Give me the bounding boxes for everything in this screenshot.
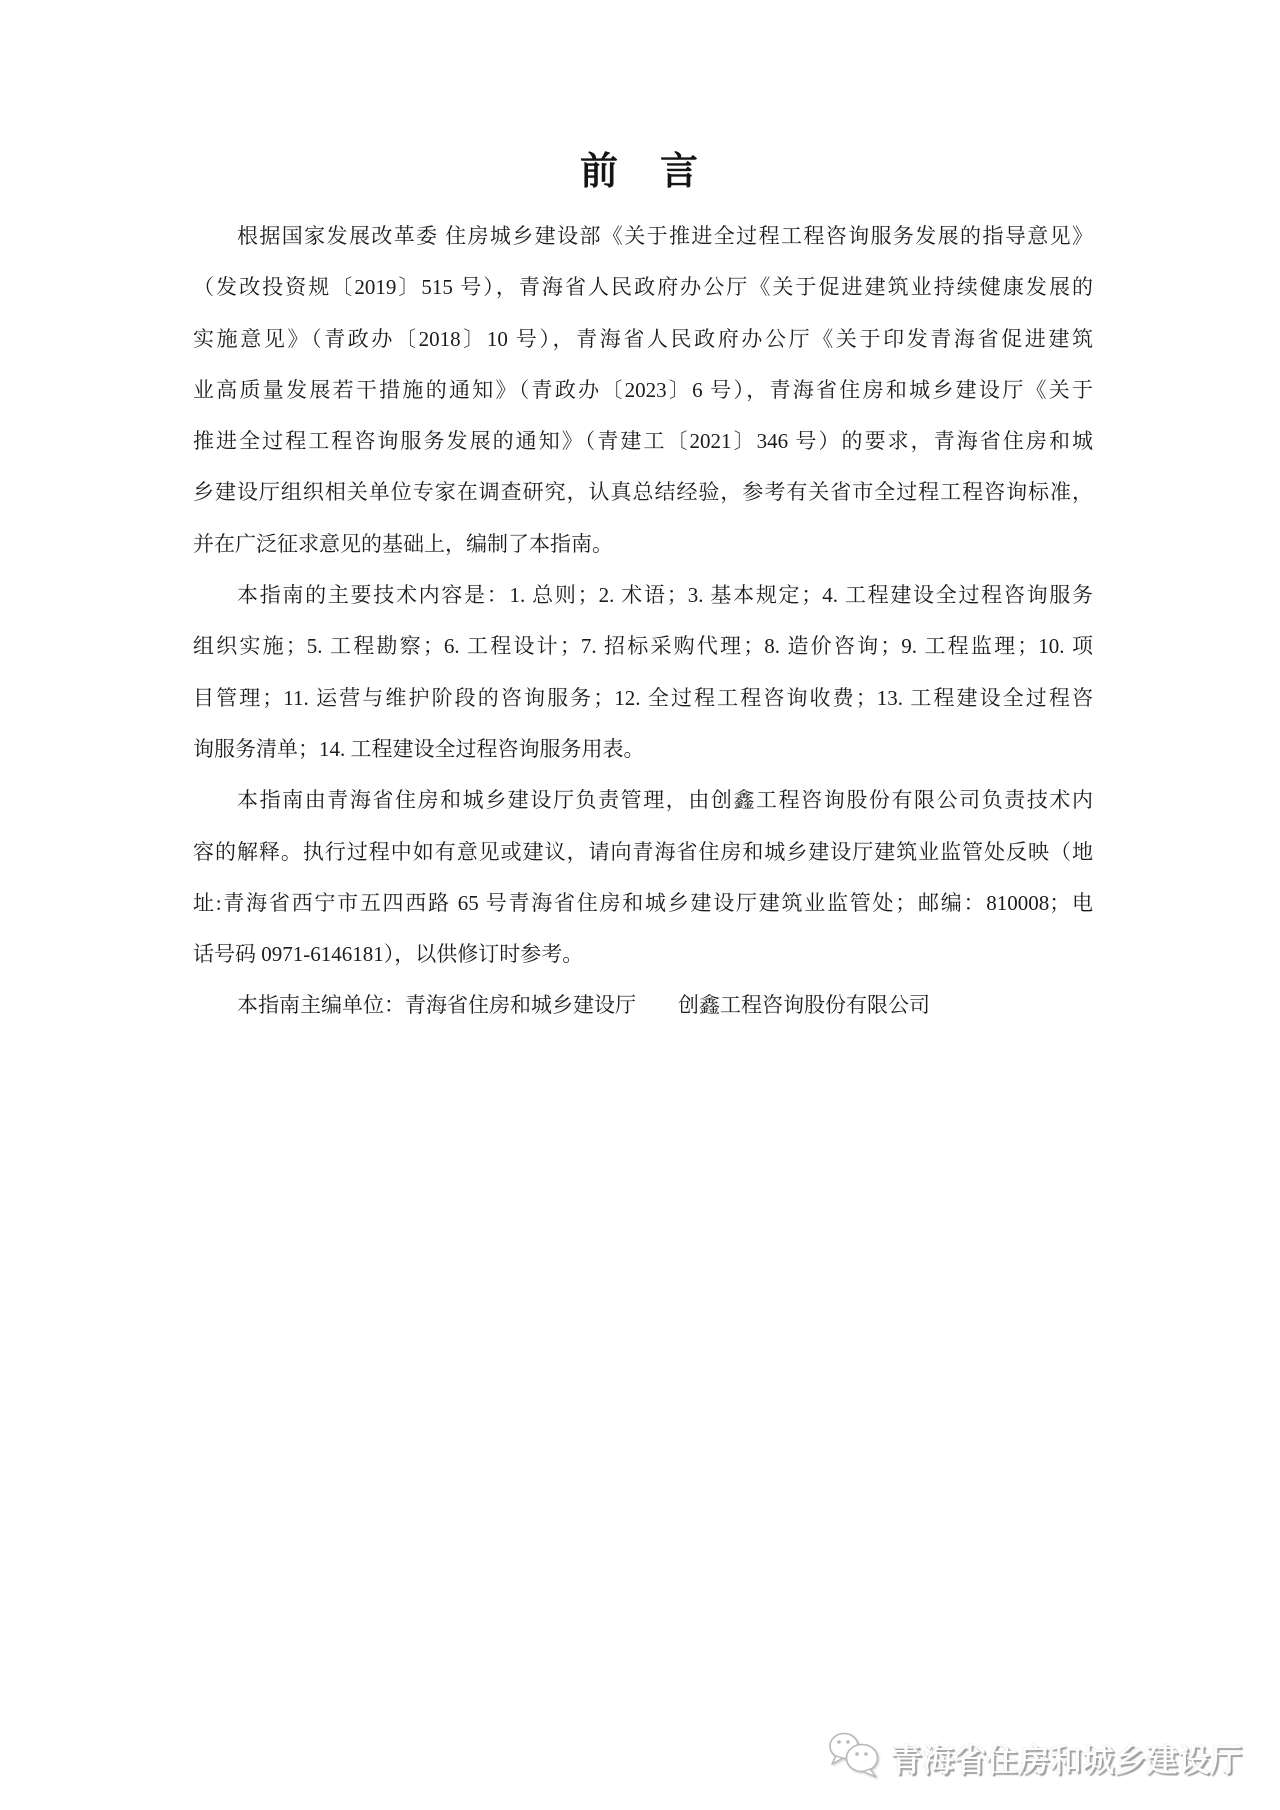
text-line: 并在广泛征求意见的基础上，编制了本指南。 <box>193 519 1093 570</box>
text-line: 目管理；11. 运营与维护阶段的咨询服务；12. 全过程工程咨询收费；13. 工… <box>193 673 1093 724</box>
text-line: 业高质量发展若干措施的通知》（青政办〔2023〕6 号），青海省住房和城乡建设厅… <box>193 365 1093 416</box>
body-text: 根据国家发展改革委 住房城乡建设部《关于推进全过程工程咨询服务发展的指导意见》（… <box>193 211 1093 1032</box>
footer-brand-text: 青海省住房和城乡建设厅 <box>890 1735 1242 1781</box>
text-line: 本指南的主要技术内容是：1. 总则；2. 术语；3. 基本规定；4. 工程建设全… <box>193 570 1093 621</box>
text-line: 推进全过程工程咨询服务发展的通知》（青建工〔2021〕346 号）的要求，青海省… <box>193 416 1093 467</box>
text-line: 容的解释。执行过程中如有意见或建议，请向青海省住房和城乡建设厅建筑业监管处反映（… <box>193 827 1093 878</box>
document-page: 前 言 根据国家发展改革委 住房城乡建设部《关于推进全过程工程咨询服务发展的指导… <box>0 0 1280 1810</box>
page-title: 前 言 <box>0 148 1280 196</box>
text-line: 址:青海省西宁市五四西路 65 号青海省住房和城乡建设厅建筑业监管处；邮编：81… <box>193 878 1093 929</box>
text-line: （发改投资规〔2019〕515 号），青海省人民政府办公厅《关于促进建筑业持续健… <box>193 262 1093 313</box>
text-line: 本指南主编单位：青海省住房和城乡建设厅 创鑫工程咨询股份有限公司 <box>193 980 1093 1031</box>
watermark-footer: 青海省住房和城乡建设厅 <box>826 1729 1242 1787</box>
text-line: 乡建设厅组织相关单位专家在调查研究，认真总结经验，参考有关省市全过程工程咨询标准… <box>193 467 1093 518</box>
wechat-icon <box>826 1730 882 1786</box>
text-line: 询服务清单；14. 工程建设全过程咨询服务用表。 <box>193 724 1093 775</box>
text-line: 话号码 0971-6146181），以供修订时参考。 <box>193 929 1093 980</box>
text-line: 根据国家发展改革委 住房城乡建设部《关于推进全过程工程咨询服务发展的指导意见》 <box>193 211 1093 262</box>
text-line: 组织实施；5. 工程勘察；6. 工程设计；7. 招标采购代理；8. 造价咨询；9… <box>193 621 1093 672</box>
text-line: 本指南由青海省住房和城乡建设厅负责管理，由创鑫工程咨询股份有限公司负责技术内 <box>193 775 1093 826</box>
text-line: 实施意见》（青政办〔2018〕10 号），青海省人民政府办公厅《关于印发青海省促… <box>193 314 1093 365</box>
